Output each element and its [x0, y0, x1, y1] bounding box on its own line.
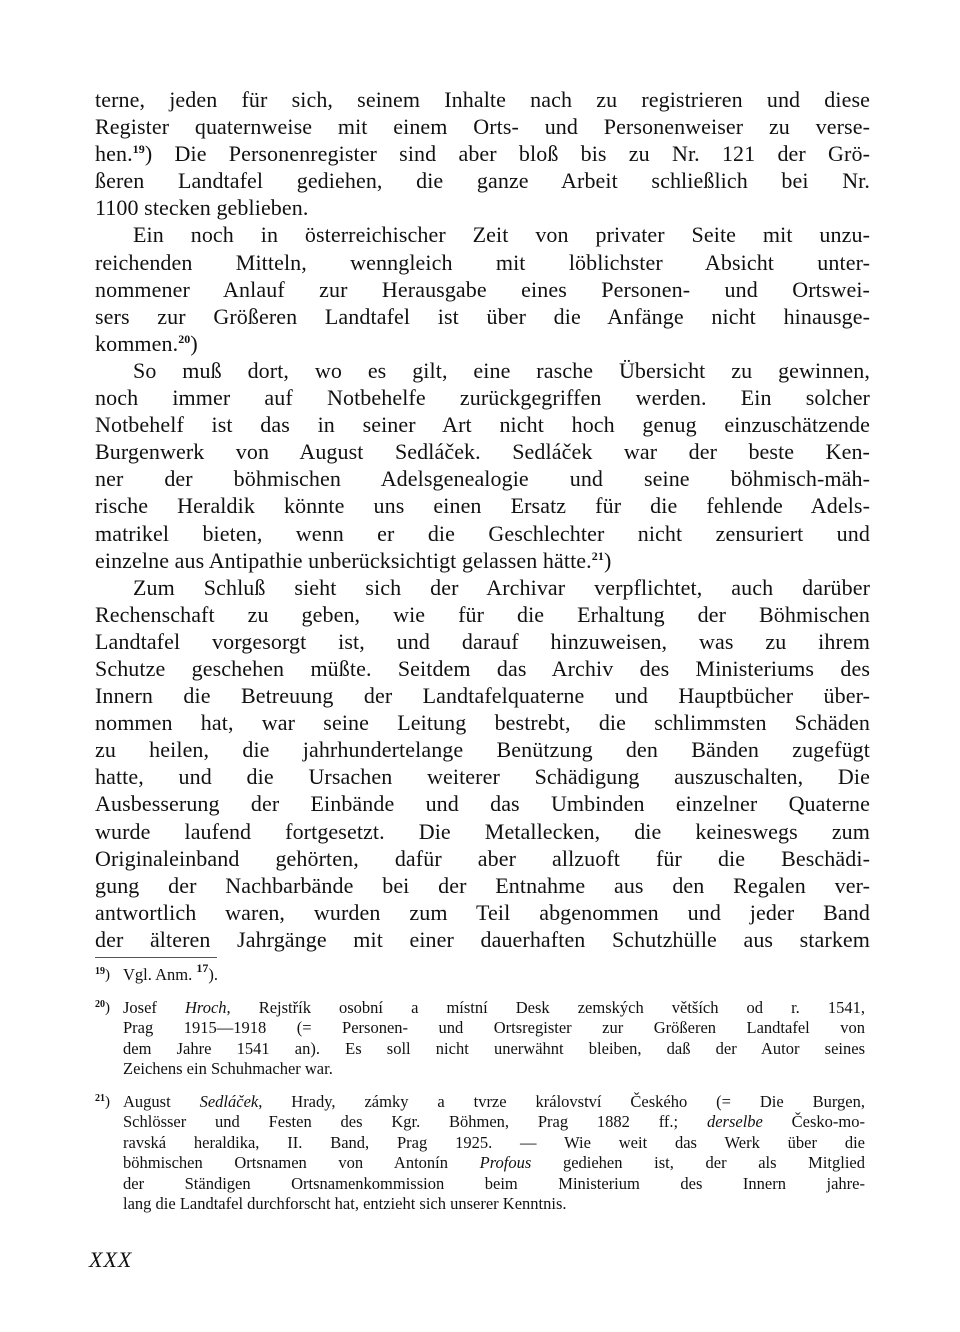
footnote-line: der Ständigen Ortsnamenkommission beim M… — [123, 1174, 865, 1195]
footnote-line: ravská heraldika, II. Band, Prag 1925. —… — [123, 1133, 865, 1154]
text-line: nommen hat, war seine Leitung bestrebt, … — [95, 709, 870, 736]
text-line: ßeren Landtafel gediehen, die ganze Arbe… — [95, 167, 870, 194]
text-line: Notbehelf ist das in seiner Art nicht ho… — [95, 411, 870, 438]
footnote-reference: 20 — [178, 332, 190, 346]
text-line: antwortlich waren, wurden zum Teil abgen… — [95, 899, 870, 926]
text-line: rische Heraldik könnte uns einen Ersatz … — [95, 492, 870, 519]
footnote-separator — [95, 957, 217, 958]
text-line: So muß dort, wo es gilt, eine rasche Übe… — [95, 357, 870, 384]
italic-name: Sedláček — [200, 1092, 259, 1111]
text-line: Ausbesserung der Einbände und das Umbind… — [95, 790, 870, 817]
text-line: Originaleinband gehörten, dafür aber all… — [95, 845, 870, 872]
footnote-20: 20)Josef Hroch, Rejstřík osobní a místní… — [95, 998, 865, 1080]
footnote-line: Schlösser und Festen des Kgr. Böhmen, Pr… — [123, 1112, 865, 1133]
italic-name: derselbe — [707, 1112, 763, 1131]
text-line: Register quaternweise mit einem Orts- un… — [95, 113, 870, 140]
text-line: terne, jeden für sich, seinem Inhalte na… — [95, 86, 870, 113]
text-line: wurde laufend fortgesetzt. Die Metalleck… — [95, 818, 870, 845]
footnote-line: Vgl. Anm. 17). — [123, 965, 865, 986]
text-line: zu heilen, die jahrhundertelange Benützu… — [95, 736, 870, 763]
text-line: hatte, und die Ursachen weiterer Schädig… — [95, 763, 870, 790]
footnote-19: 19)Vgl. Anm. 17). — [95, 965, 865, 986]
footnote-line: Prag 1915—1918 (= Personen- und Ortsregi… — [123, 1018, 865, 1039]
footnote-line: Josef Hroch, Rejstřík osobní a místní De… — [123, 998, 865, 1019]
document-body: terne, jeden für sich, seinem Inhalte na… — [95, 86, 870, 953]
paragraph: So muß dort, wo es gilt, eine rasche Übe… — [95, 357, 870, 574]
text-line: gung der Nachbarbände bei der Entnahme a… — [95, 872, 870, 899]
text-line: ner der böhmischen Adelsgenealogie und s… — [95, 465, 870, 492]
paragraph: terne, jeden für sich, seinem Inhalte na… — [95, 86, 870, 221]
footnote-line: August Sedláček, Hrady, zámky a tvrze kr… — [123, 1092, 865, 1113]
text-line: Ein noch in österreichischer Zeit von pr… — [95, 221, 870, 248]
footnotes-section: 19)Vgl. Anm. 17).20)Josef Hroch, Rejstří… — [95, 965, 865, 1227]
page-number: XXX — [89, 1247, 132, 1273]
text-line: Burgenwerk von August Sedláček. Sedláček… — [95, 438, 870, 465]
text-line: Zum Schluß sieht sich der Archivar verpf… — [95, 574, 870, 601]
italic-name: Hroch — [185, 998, 227, 1017]
paragraph: Ein noch in österreichischer Zeit von pr… — [95, 221, 870, 356]
text-line: Rechenschaft zu geben, wie für die Erhal… — [95, 601, 870, 628]
text-line: noch immer auf Notbehelfe zurückgegriffe… — [95, 384, 870, 411]
text-line: 1100 stecken geblieben. — [95, 194, 870, 221]
footnote-21: 21)August Sedláček, Hrady, zámky a tvrze… — [95, 1092, 865, 1215]
text-line: reichenden Mitteln, wenngleich mit löbli… — [95, 249, 870, 276]
text-line: matrikel bieten, wenn er die Geschlechte… — [95, 520, 870, 547]
text-line: einzelne aus Antipathie unberücksichtigt… — [95, 547, 870, 574]
footnote-reference: 21 — [592, 549, 604, 563]
text-line: Landtafel vorgesorgt ist, und darauf hin… — [95, 628, 870, 655]
text-line: sers zur Größeren Landtafel ist über die… — [95, 303, 870, 330]
footnote-reference: 17 — [196, 961, 208, 975]
footnote-line: lang die Landtafel durchforscht hat, ent… — [123, 1194, 865, 1215]
footnote-marker: 19) — [95, 965, 110, 986]
text-line: kommen.20) — [95, 330, 870, 357]
footnote-reference: 19 — [133, 142, 145, 156]
text-line: nommener Anlauf zur Herausgabe eines Per… — [95, 276, 870, 303]
paragraph: Zum Schluß sieht sich der Archivar verpf… — [95, 574, 870, 953]
footnote-line: dem Jahre 1541 an). Es soll nicht unerwä… — [123, 1039, 865, 1060]
text-line: der älteren Jahrgänge mit einer dauerhaf… — [95, 926, 870, 953]
footnote-line: Zeichens ein Schuhmacher war. — [123, 1059, 865, 1080]
text-line: Innern die Betreuung der Landtafelquater… — [95, 682, 870, 709]
footnote-marker: 20) — [95, 998, 110, 1019]
italic-name: Profous — [480, 1153, 532, 1172]
footnote-marker: 21) — [95, 1092, 110, 1113]
footnote-line: böhmischen Ortsnamen von Antonín Profous… — [123, 1153, 865, 1174]
text-line: hen.19) Die Personenregister sind aber b… — [95, 140, 870, 167]
text-line: Schutze geschehen müßte. Seitdem das Arc… — [95, 655, 870, 682]
